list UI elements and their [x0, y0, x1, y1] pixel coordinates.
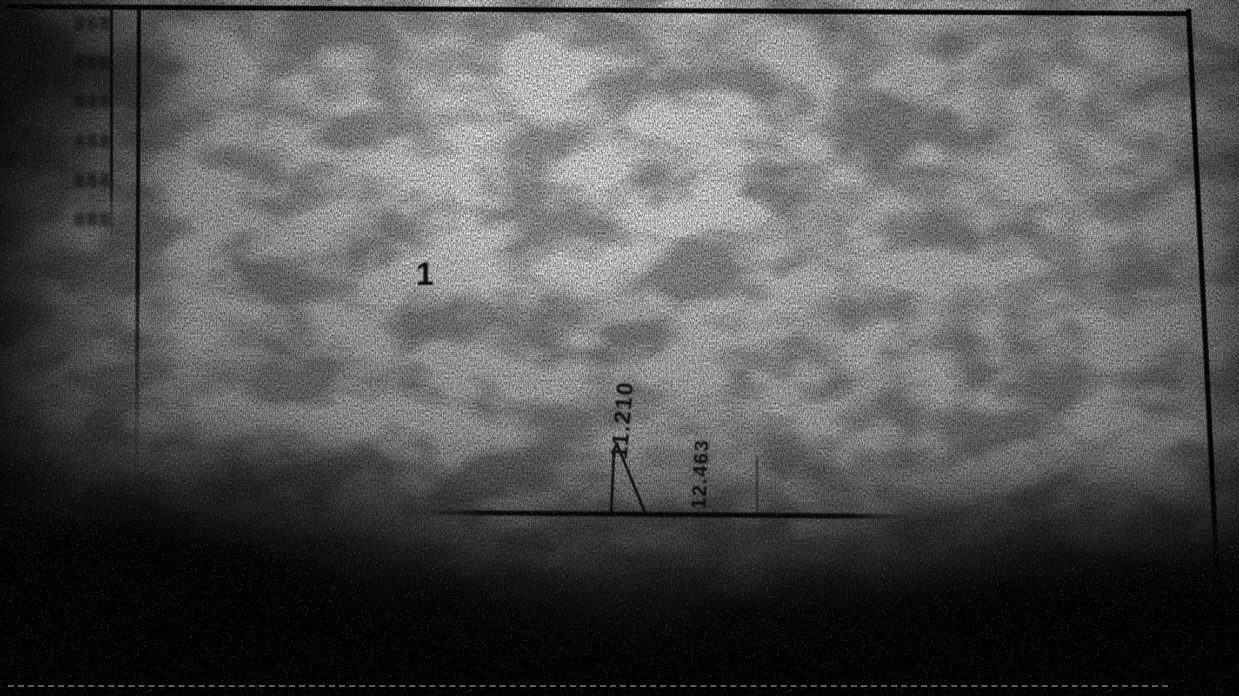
- scan-noise-white: [0, 0, 1239, 696]
- scanned-chromatogram-figure: 888 888 888 888 888 888 1 11.210 12.463: [0, 0, 1239, 696]
- bottom-scan-edge-line: [8, 685, 1168, 687]
